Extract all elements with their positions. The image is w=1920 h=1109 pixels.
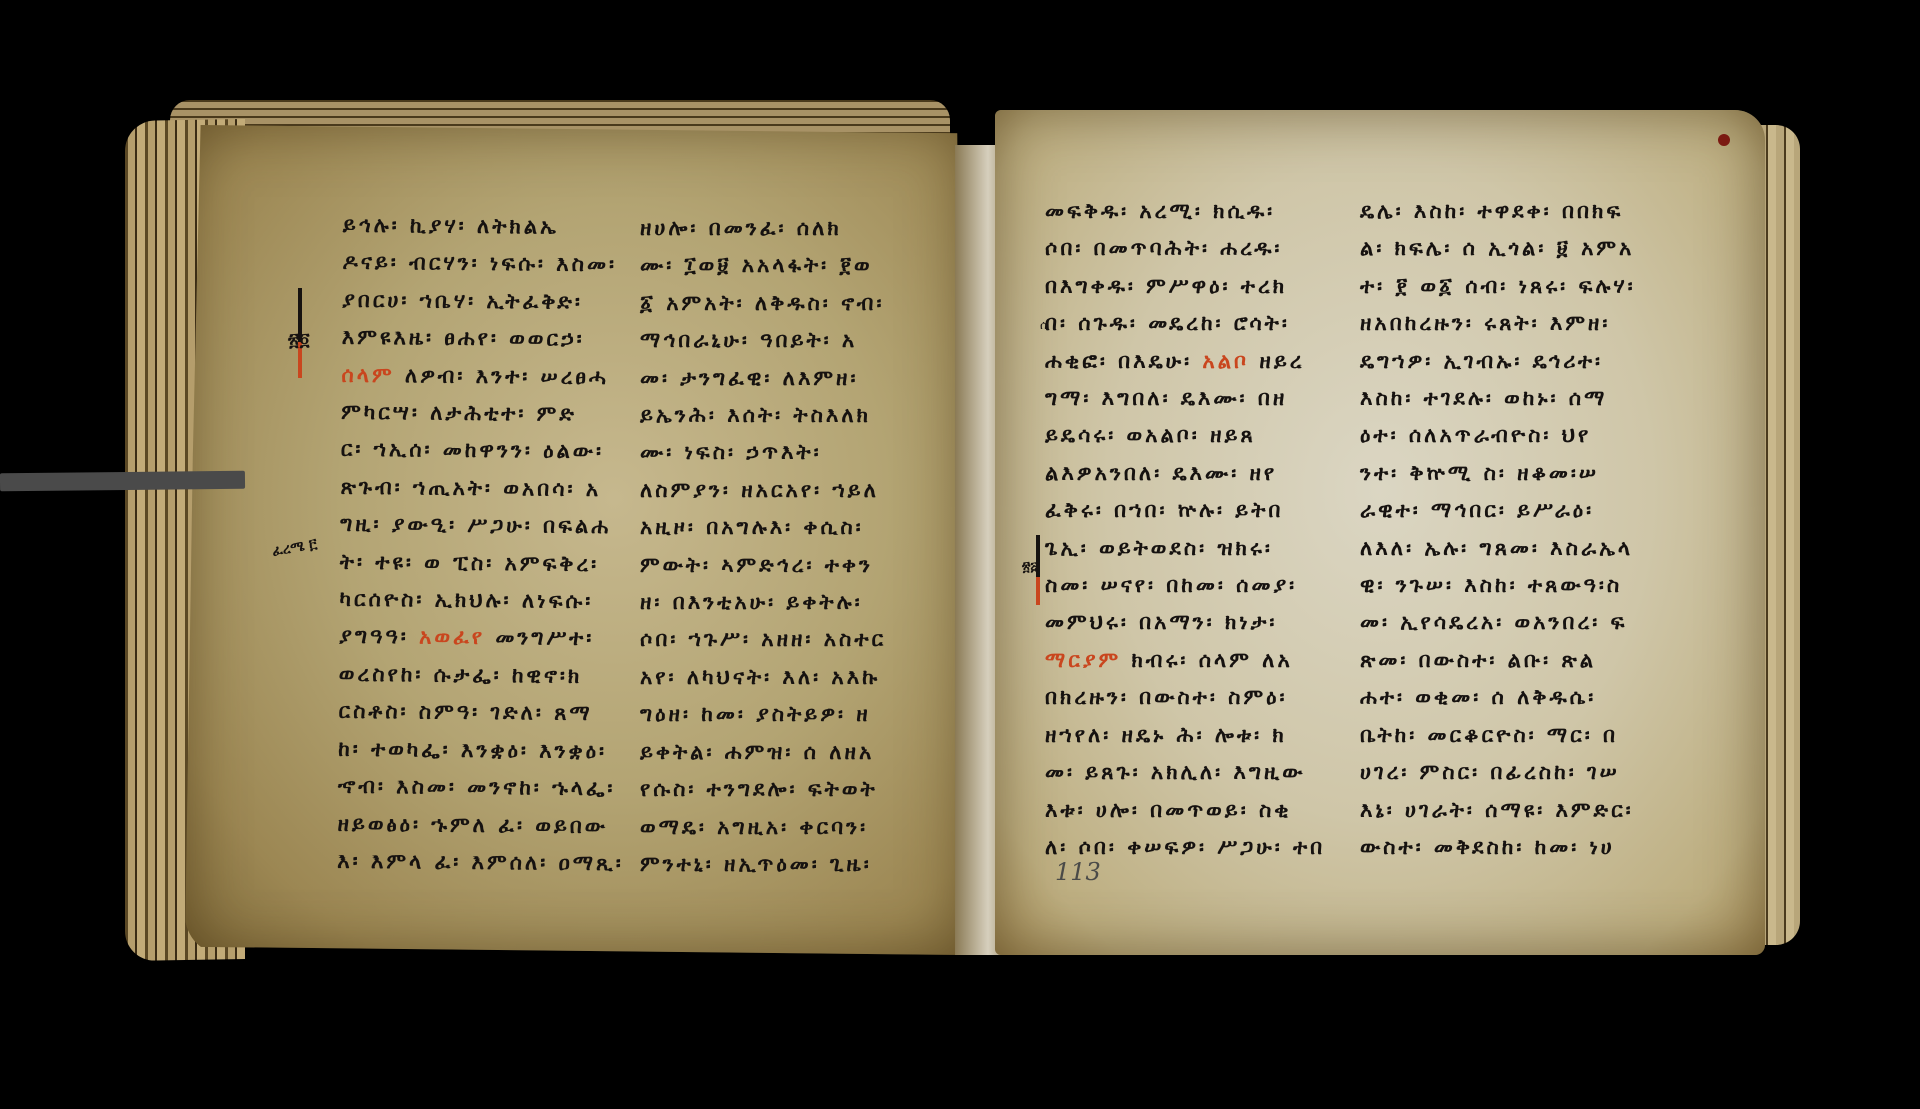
text-line: ሶበ፡ በመጥባሕት፡ ሐረዱ፡ (1045, 230, 1325, 267)
text-line: በክረዙን፡ በውስተ፡ ስምዕ፡ (1045, 679, 1325, 716)
text-line: ይኤንሕ፡ እሰት፡ ትስእለክ (640, 397, 886, 434)
text-line: አየ፡ ለካህናት፡ እለ፡ አእኩ (640, 659, 886, 696)
text-line: ውስተ፡ መቅደስከ፡ ከመ፡ ነሀ (1360, 829, 1636, 866)
rubric-word: አወፈየ (419, 625, 485, 650)
rubric-word: አልቦ (1202, 349, 1249, 373)
text-line: ዘአበከረዙን፡ ሩጸት፡ እምዘ፡ (1360, 305, 1636, 342)
bookmark-strip (0, 471, 245, 492)
text-line: ኆብ፡ እስመ፡ መንኖከ፡ ኁላፌ፡ (338, 768, 625, 808)
rubric-word: ማርያም (1045, 648, 1121, 672)
text-line: ሀገረ፡ ምስር፡ በፊረስከ፡ ገሠ (1360, 754, 1636, 791)
text-line: ማርያም ክብሩ፡ ሰላም ለአ (1045, 642, 1325, 679)
text-line: አዚዞ፡ በአግሉእ፡ ቀሲስ፡ (640, 509, 886, 546)
red-stain-mark (1718, 134, 1730, 146)
text-line: ግዕዘ፡ ከመ፡ ያስትይዎ፡ ዘ (640, 696, 886, 733)
text-line: ግማ፡ እግበለ፡ ዴእሙ፡ በዘ (1045, 380, 1325, 417)
text-line: ምውት፡ ኣምድኅረ፡ ተቀን (640, 547, 886, 584)
text-line: ልእዎአንበለ፡ ዴእሙ፡ ዘየ (1045, 455, 1325, 492)
text-line: መምህሩ፡ በአማን፡ ክነታ፡ (1045, 604, 1325, 641)
text-line: ምንተኒ፡ ዘኢጥዕመ፡ ጊዜ፡ (640, 846, 886, 883)
text-line: ሙ፡ ነፍስ፡ ኃጥእት፡ (640, 434, 886, 471)
right-margin-numeral: ፳፭ (1022, 560, 1038, 575)
text-line: በእግቀዱ፡ ምሥዋዕ፡ ተረክ (1045, 268, 1325, 305)
right-page-column-2: ዴሌ፡ እስከ፡ ተዋደቀ፡ በበክፍል፡ ክፍሌ፡ ሰ ኢጎል፡ ፱ አምአተ… (1360, 193, 1636, 866)
rubric-word: ሰላም (341, 362, 394, 386)
text-line: ፈቅሩ፡ በኀበ፡ ኵሉ፡ ይትበ (1045, 492, 1325, 529)
text-line: ወማዴ፡ አግዚአ፡ ቀርባን፡ (640, 809, 886, 846)
text-line: ዘይወፅዕ፡ ኁምለ ፈ፡ ወይበው (337, 805, 624, 845)
text-line: መ፡ ታንግፈዊ፡ ለእምዘ፡ (640, 360, 886, 397)
text-line: ሙ፡ ፲ወ፱ አአላፋት፡ ፻ወ (640, 247, 886, 284)
left-page-column-2: ዘሀሎ፡ በመንፈ፡ ሰለክሙ፡ ፲ወ፱ አአላፋት፡ ፻ወ፩ አምአት፡ ለቅ… (640, 210, 886, 883)
text-line: ጌኢ፡ ወይትወደስ፡ ዝክሩ፡ (1045, 530, 1325, 567)
text-line: ከ፡ ተወካፌ፡ እንቋዕ፡ እንቋዕ፡ (338, 730, 625, 770)
text-line: ለእለ፡ ኤሉ፡ ግጸመ፡ እስራኤላ (1360, 530, 1636, 567)
right-page-column-1: መፍቅዱ፡ አረሚ፡ ክሲዱ፡ሶበ፡ በመጥባሕት፡ ሐረዱ፡በእግቀዱ፡ ምሥ… (1045, 193, 1325, 866)
text-line: በ፡ ሰጉዱ፡ መዴረከ፡ ሮሳት፡ (1045, 305, 1325, 342)
text-line: መፍቅዱ፡ አረሚ፡ ክሲዱ፡ (1045, 193, 1325, 230)
text-line: ል፡ ክፍሌ፡ ሰ ኢጎል፡ ፱ አምአ (1360, 230, 1636, 267)
text-line: ዶናይ፡ ብርሃን፡ ነፍሱ፡ እስመ፡ (342, 244, 629, 284)
text-line: ማኅበራኒሁ፡ ዓበይት፡ አ (640, 322, 886, 359)
text-line: ዘሀሎ፡ በመንፈ፡ ሰለክ (640, 210, 886, 247)
text-line: እኔ፡ ሀገራት፡ ሰማዩ፡ እምድር፡ (1360, 792, 1636, 829)
text-line: መ፡ ኢየሳዴረአ፡ ወአንበረ፡ ፍ (1360, 604, 1636, 641)
text-line: ሐቂፎ፡ በእዴሁ፡ አልቦ ዘይረ (1045, 343, 1325, 380)
text-line: ይኅሉ፡ ኪያሃ፡ ለትክልኤ (343, 207, 630, 247)
text-line: ጽመ፡ በውስተ፡ ልቡ፡ ጽል (1360, 642, 1636, 679)
text-line: ንተ፡ ቅኵሚ ስ፡ ዘቆመ፡ሠ (1360, 455, 1636, 492)
text-line: ወረስየከ፡ ሱታፌ፡ ከዊኖ፡ክ (339, 656, 626, 696)
text-line: ሶበ፡ ኀጉሥ፡ አዘዘ፡ አስተር (640, 621, 886, 658)
margin-numeral: ፳፬ (288, 330, 310, 351)
text-line: ዕተ፡ ሰለአጥራብዮስ፡ ህየ (1360, 417, 1636, 454)
text-line: ስመ፡ ሠናየ፡ በከመ፡ ሰመያ፡ (1045, 567, 1325, 604)
text-line: ካርሰዮስ፡ ኢክህሉ፡ ለነፍሱ፡ (339, 581, 626, 621)
text-line: ርስቶስ፡ ስምዓ፡ ገድለ፡ ጸማ (338, 693, 625, 733)
manuscript-photo: ፳፬ ፈረሜ ፫ ሰ ፳፭ ይኅሉ፡ ኪያሃ፡ ለትክልኤዶናይ፡ ብርሃን፡ … (0, 0, 1920, 1109)
text-line: ያበርሀ፡ ኀቤሃ፡ ኢትፈቅድ፡ (342, 282, 629, 322)
text-line: ጽጉብ፡ ኀጢአት፡ ወአበሳ፡ አ (340, 469, 627, 509)
text-line: ር፡ ኀኢሰ፡ መከዋንን፡ ዕልው፡ (341, 431, 628, 471)
text-line: ዴግኀዎ፡ ኢገብኡ፡ ዴኅሪተ፡ (1360, 343, 1636, 380)
text-line: ዘ፡ በእንቲአሁ፡ ይቀትሉ፡ (640, 584, 886, 621)
text-line: መ፡ ይጸጉ፡ አክሊለ፡ እግዚው (1045, 754, 1325, 791)
text-line: ይዴሳሩ፡ ወአልቦ፡ ዘይጸ (1045, 417, 1325, 454)
text-line: እምዩእዜ፡ ፀሐየ፡ ወወርኃ፡ (342, 319, 629, 359)
text-line: እ፡ እምላ ፈ፡ እምሰለ፡ ዐማጺ፡ (337, 843, 624, 883)
folio-number: 113 (1055, 858, 1101, 886)
text-line: ት፡ ተዩ፡ ወ ፒስ፡ አምፍቅረ፡ (340, 543, 627, 583)
text-line: ለስምያን፡ ዘአርአየ፡ ኀይለ (640, 472, 886, 509)
text-line: እቱ፡ ሀሎ፡ በመጥወይ፡ ስቂ (1045, 792, 1325, 829)
text-line: ተ፡ ፻ ወ፩ ሰብ፡ ነጸሩ፡ ፍሉሃ፡ (1360, 268, 1636, 305)
text-line: ራዊተ፡ ማኅበር፡ ይሥራዕ፡ (1360, 492, 1636, 529)
text-line: ይቀትል፡ ሐምዝ፡ ሰ ለዘአ (640, 734, 886, 771)
text-line: ዊ፡ ንጉሠ፡ እስከ፡ ተጸውዓ፡ስ (1360, 567, 1636, 604)
text-line: ዘኀየለ፡ ዘዴኑ ሕ፡ ሎቱ፡ ክ (1045, 717, 1325, 754)
text-line: ዴሌ፡ እስከ፡ ተዋደቀ፡ በበክፍ (1360, 193, 1636, 230)
text-line: እስከ፡ ተገደሉ፡ ወከኑ፡ ሰማ (1360, 380, 1636, 417)
text-line: የሱስ፡ ተንግደሎ፡ ፍትወት (640, 771, 886, 808)
text-line: ምካርሣ፡ ለታሕቲተ፡ ምድ (341, 394, 628, 434)
text-line: ሰላም ለዎብ፡ እንተ፡ ሠረፀሓ (341, 356, 628, 396)
text-line: ሐተ፡ ወቂመ፡ ሰ ለቅዱሴ፡ (1360, 679, 1636, 716)
left-page-column-1: ይኅሉ፡ ኪያሃ፡ ለትክልኤዶናይ፡ ብርሃን፡ ነፍሱ፡ እስመ፡ያበርሀ፡… (337, 207, 629, 883)
text-line: ፩ አምአት፡ ለቅዱስ፡ ኖብ፡ (640, 285, 886, 322)
text-line: ግዚ፡ ያውዒ፡ ሥጋሁ፡ በፍልሐ (340, 506, 627, 546)
text-line: ቤትከ፡ መርቆርዮስ፡ ማር፡ በ (1360, 717, 1636, 754)
text-line: ያግዓዓ፡ አወፈየ መንግሥተ፡ (339, 618, 626, 658)
